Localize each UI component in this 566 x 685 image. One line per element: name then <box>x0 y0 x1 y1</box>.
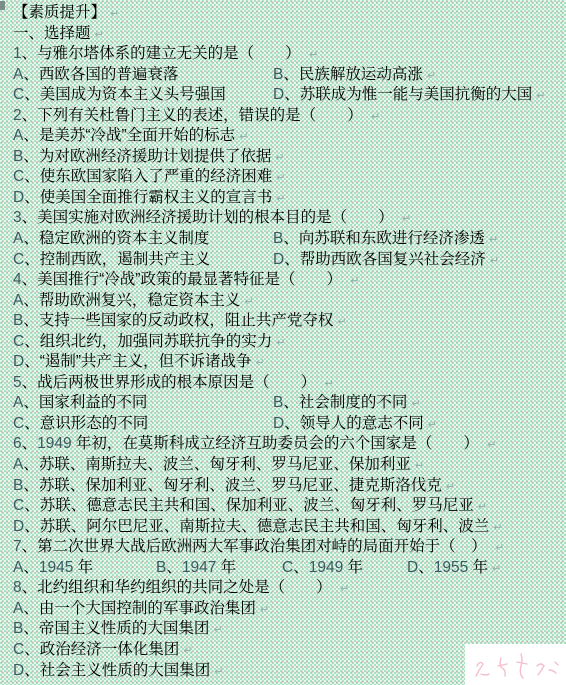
question-number: 2、 <box>13 107 37 124</box>
option-label: B、 <box>13 620 39 637</box>
option-item: A、西欧各国的普遍衰落 <box>13 66 178 83</box>
option-item: B、支持一些国家的反动政权，阻止共产党夺权↵ <box>13 311 566 332</box>
paragraph-mark-icon: ↵ <box>492 562 501 575</box>
question-stem-text: 1949 年初，在莫斯科成立经济互助委员会的六个国家是（ ） <box>37 435 479 452</box>
option-text: 支持一些国家的反动政权，阻止共产党夺权 <box>39 312 334 329</box>
question-number: 7、 <box>13 538 37 555</box>
option-row: C、美国成为资本主义头号强国D、苏联成为惟一能与美国抗衡的大国↵ <box>13 85 566 106</box>
option-text: 帝国主义性质的大国集团 <box>39 620 210 637</box>
option-item: A、帮助欧洲复兴，稳定资本主义↵ <box>13 291 566 312</box>
option-text: 苏联、南斯拉夫、波兰、匈牙利、罗马尼亚、保加利亚 <box>39 456 411 473</box>
question-stem-text: 第二次世界大战后欧洲两大军事政治集团对峙的局面开始于（ ） <box>37 538 487 555</box>
paragraph-mark-icon: ↵ <box>276 171 285 184</box>
option-label: A、 <box>13 66 39 83</box>
option-item: A、1945 年 <box>13 558 93 579</box>
option-item: B、帝国主义性质的大国集团↵ <box>13 619 566 640</box>
option-text: 使东欧国家陷入了严重的经济困难 <box>40 168 273 185</box>
option-text: 苏联、保加利亚、匈牙利、波兰、罗马尼亚、捷克斯洛伐克 <box>39 477 442 494</box>
option-item: D、领导人的意志不同↵ <box>273 414 437 436</box>
paragraph-mark-icon: ↵ <box>415 459 424 472</box>
screen-edge-artifact <box>0 1 5 10</box>
question-number: 5、 <box>13 374 37 391</box>
option-text: 1945 年 <box>39 559 93 576</box>
paragraph-mark-icon: ↵ <box>428 418 437 431</box>
option-label: C、 <box>13 86 40 103</box>
question-stem-text: 与雅尔塔体系的建立无关的是（ ） <box>37 45 301 62</box>
option-text: 社会制度的不同 <box>299 394 408 411</box>
option-item: C、使东欧国家陷入了严重的经济困难↵ <box>13 167 566 188</box>
paragraph-mark-icon: ↵ <box>213 623 222 636</box>
question-number: 4、 <box>13 271 37 288</box>
option-text: 1947 年 <box>182 559 236 576</box>
option-item: B、向苏联和东欧进行经济渗透↵ <box>273 229 498 251</box>
option-item: C、控制西欧，遏制共产主义 <box>13 251 210 268</box>
paragraph-mark-icon: ↵ <box>478 500 487 513</box>
option-text: 苏联、阿尔巴尼亚、南斯拉夫、德意志民主共和国、匈牙利、波兰 <box>40 518 490 535</box>
option-item: D、苏联、阿尔巴尼亚、南斯拉夫、德意志民主共和国、匈牙利、波兰↵ <box>13 517 566 538</box>
paragraph-mark-icon: ↵ <box>427 69 436 82</box>
option-item: C、意识形态的不同 <box>13 415 148 432</box>
option-row: A、稳定欧洲的资本主义制度B、向苏联和东欧进行经济渗透↵ <box>13 229 566 250</box>
question-stem: 3、美国实施对欧洲经济援助计划的根本目的是（ ） ↵ <box>13 208 566 229</box>
watermark-box <box>465 644 566 685</box>
option-text: 1949 年 <box>309 559 363 576</box>
option-text: 帮助西欧各国复兴社会经济 <box>300 251 486 268</box>
paragraph-mark-icon: ↵ <box>244 295 253 308</box>
question-number: 8、 <box>13 579 37 596</box>
question-stem: 1、与雅尔塔体系的建立无关的是（ ） ↵ <box>13 44 566 65</box>
option-label: B、 <box>273 230 299 247</box>
paragraph-mark-icon: ↵ <box>340 582 349 595</box>
option-label: D、 <box>273 86 300 103</box>
option-label: A、 <box>13 292 39 309</box>
option-item: B、社会制度的不同↵ <box>273 393 421 415</box>
option-text: 美国成为资本主义头号强国 <box>40 86 226 103</box>
option-label: B、 <box>13 477 39 494</box>
document-content: 【素质提升】↵ 一、选择题↵ 1、与雅尔塔体系的建立无关的是（ ） ↵A、西欧各… <box>13 3 566 681</box>
question-stem: 7、第二次世界大战后欧洲两大军事政治集团对峙的局面开始于（ ） ↵ <box>13 537 566 558</box>
paragraph-mark-icon: ↵ <box>446 480 455 493</box>
option-text: 领导人的意志不同 <box>300 415 424 432</box>
question-stem: 8、北约组织和华约组织的共同之处是（ ） ↵ <box>13 578 566 599</box>
option-item: A、国家利益的不同 <box>13 394 147 411</box>
option-text: 是美苏“冷战”全面开始的标志 <box>39 127 235 144</box>
option-item: A、稳定欧洲的资本主义制度 <box>13 230 209 247</box>
option-text: 1955 年 <box>434 559 488 576</box>
paragraph-mark-icon: ↵ <box>256 356 265 369</box>
option-label: A、 <box>13 559 39 576</box>
option-text: 控制西欧，遏制共产主义 <box>40 251 211 268</box>
option-label: D、 <box>13 662 40 679</box>
paragraph-mark-icon: ↵ <box>239 130 248 143</box>
paragraph-mark-icon: ↵ <box>493 521 502 534</box>
question-stem: 2、下列有关杜鲁门主义的表述，错误的是（ ） ↵ <box>13 106 566 127</box>
paragraph-mark-icon: ↵ <box>324 377 333 390</box>
paragraph-mark-icon: ↵ <box>489 233 498 246</box>
option-label: C、 <box>13 415 40 432</box>
doc-title-line: 【素质提升】↵ <box>13 3 566 24</box>
option-label: D、 <box>13 189 40 206</box>
option-row: A、国家利益的不同B、社会制度的不同↵ <box>13 393 566 414</box>
question-stem: 6、1949 年初，在莫斯科成立经济互助委员会的六个国家是（ ） ↵ <box>13 434 566 455</box>
paragraph-mark-icon: ↵ <box>487 438 496 451</box>
question-number: 1、 <box>13 45 37 62</box>
option-item: C、1949 年 <box>282 558 363 579</box>
option-label: C、 <box>13 333 40 350</box>
paragraph-mark-icon: ↵ <box>95 28 104 41</box>
paragraph-mark-icon: ↵ <box>275 151 284 164</box>
question-number: 6、 <box>13 435 37 452</box>
option-label: C、 <box>282 559 309 576</box>
option-label: A、 <box>13 230 39 247</box>
paragraph-mark-icon: ↵ <box>214 665 223 678</box>
option-row: C、控制西欧，遏制共产主义D、帮助西欧各国复兴社会经济↵ <box>13 250 566 271</box>
option-label: C、 <box>13 641 40 658</box>
question-stem-text: 下列有关杜鲁门主义的表述，错误的是（ ） <box>37 107 363 124</box>
option-text: 组织北约，加强同苏联抗争的实力 <box>40 333 273 350</box>
option-item: C、美国成为资本主义头号强国 <box>13 86 226 103</box>
option-text: 苏联、德意志民主共和国、保加利亚、波兰、匈牙利、罗马尼亚 <box>40 497 474 514</box>
paragraph-mark-icon: ↵ <box>490 254 499 267</box>
document-page: 【素质提升】↵ 一、选择题↵ 1、与雅尔塔体系的建立无关的是（ ） ↵A、西欧各… <box>0 0 566 685</box>
option-item: D、苏联成为惟一能与美国抗衡的大国↵ <box>273 85 545 107</box>
option-item: B、为对欧洲经济援助计划提供了依据↵ <box>13 147 566 168</box>
option-label: D、 <box>13 518 40 535</box>
questions-list: 1、与雅尔塔体系的建立无关的是（ ） ↵A、西欧各国的普遍衰落B、民族解放运动高… <box>13 44 566 681</box>
option-item: B、苏联、保加利亚、匈牙利、波兰、罗马尼亚、捷克斯洛伐克↵ <box>13 476 566 497</box>
option-text: 帮助欧洲复兴，稳定资本主义 <box>39 292 241 309</box>
option-item: D、使美国全面推行霸权主义的宣言书↵ <box>13 188 566 209</box>
option-label: B、 <box>13 148 39 165</box>
question-stem-text: 美国推行“冷战”政策的最显著特征是（ ） <box>37 271 342 288</box>
option-label: B、 <box>13 312 39 329</box>
option-text: 社会主义性质的大国集团 <box>40 662 211 679</box>
paragraph-mark-icon: ↵ <box>183 644 192 657</box>
question-stem-text: 美国实施对欧洲经济援助计划的根本目的是（ ） <box>37 209 394 226</box>
option-label: D、 <box>13 353 40 370</box>
option-text: 政治经济一体化集团 <box>40 641 180 658</box>
option-label: A、 <box>13 127 39 144</box>
option-text: 向苏联和东欧进行经济渗透 <box>299 230 485 247</box>
option-label: B、 <box>273 66 299 83</box>
option-text: “遏制”共产主义，但不诉诸战争 <box>40 353 252 370</box>
option-item: D、帮助西欧各国复兴社会经济↵ <box>273 250 499 272</box>
paragraph-mark-icon: ↵ <box>371 110 380 123</box>
option-item: A、是美苏“冷战”全面开始的标志↵ <box>13 126 566 147</box>
option-item: D、1955 年↵ <box>407 558 501 580</box>
option-text: 民族解放运动高涨 <box>299 66 423 83</box>
doc-title: 【素质提升】 <box>13 4 106 21</box>
question-stem: 5、战后两极世界形成的根本原因是（ ） ↵ <box>13 373 566 394</box>
option-label: C、 <box>13 251 40 268</box>
option-label: A、 <box>13 456 39 473</box>
option-label: A、 <box>13 600 39 617</box>
section-heading-line: 一、选择题↵ <box>13 24 566 45</box>
option-item: D、“遏制”共产主义，但不诉诸战争↵ <box>13 352 566 373</box>
paragraph-mark-icon: ↵ <box>337 315 346 328</box>
section-heading: 一、选择题 <box>13 25 91 42</box>
option-label: C、 <box>13 497 40 514</box>
paragraph-mark-icon: ↵ <box>260 603 269 616</box>
option-text: 为对欧洲经济援助计划提供了依据 <box>39 148 272 165</box>
paragraph-mark-icon: ↵ <box>411 397 420 410</box>
question-stem: 4、美国推行“冷战”政策的最显著特征是（ ） ↵ <box>13 270 566 291</box>
option-label: C、 <box>13 168 40 185</box>
option-text: 意识形态的不同 <box>40 415 149 432</box>
paragraph-mark-icon: ↵ <box>276 336 285 349</box>
option-item: C、苏联、德意志民主共和国、保加利亚、波兰、匈牙利、罗马尼亚↵ <box>13 496 566 517</box>
paragraph-mark-icon: ↵ <box>110 7 119 20</box>
option-text: 使美国全面推行霸权主义的宣言书 <box>40 189 273 206</box>
option-item: A、苏联、南斯拉夫、波兰、匈牙利、罗马尼亚、保加利亚↵ <box>13 455 566 476</box>
paragraph-mark-icon: ↵ <box>495 541 504 554</box>
paragraph-mark-icon: ↵ <box>402 212 411 225</box>
option-item: A、由一个大国控制的军事政治集团↵ <box>13 599 566 620</box>
option-label: D、 <box>273 251 300 268</box>
option-label: D、 <box>407 559 434 576</box>
option-item: B、1947 年 <box>156 558 236 579</box>
option-item: B、民族解放运动高涨↵ <box>273 65 436 87</box>
option-row: A、1945 年B、1947 年C、1949 年D、1955 年↵ <box>13 558 566 579</box>
option-item: C、组织北约，加强同苏联抗争的实力↵ <box>13 332 566 353</box>
question-stem-text: 北约组织和华约组织的共同之处是（ ） <box>37 579 332 596</box>
option-text: 由一个大国控制的军事政治集团 <box>39 600 256 617</box>
option-text: 西欧各国的普遍衰落 <box>39 66 179 83</box>
option-text: 苏联成为惟一能与美国抗衡的大国 <box>300 86 533 103</box>
option-row: C、意识形态的不同D、领导人的意志不同↵ <box>13 414 566 435</box>
option-label: A、 <box>13 394 39 411</box>
watermark-scribble-icon <box>465 644 566 685</box>
option-row: A、西欧各国的普遍衰落B、民族解放运动高涨↵ <box>13 65 566 86</box>
option-text: 国家利益的不同 <box>39 394 148 411</box>
option-label: D、 <box>273 415 300 432</box>
paragraph-mark-icon: ↵ <box>536 89 545 102</box>
option-label: B、 <box>273 394 299 411</box>
option-text: 稳定欧洲的资本主义制度 <box>39 230 210 247</box>
paragraph-mark-icon: ↵ <box>309 48 318 61</box>
option-label: B、 <box>156 559 182 576</box>
paragraph-mark-icon: ↵ <box>350 274 359 287</box>
question-stem-text: 战后两极世界形成的根本原因是（ ） <box>37 374 316 391</box>
question-number: 3、 <box>13 209 37 226</box>
paragraph-mark-icon: ↵ <box>276 192 285 205</box>
